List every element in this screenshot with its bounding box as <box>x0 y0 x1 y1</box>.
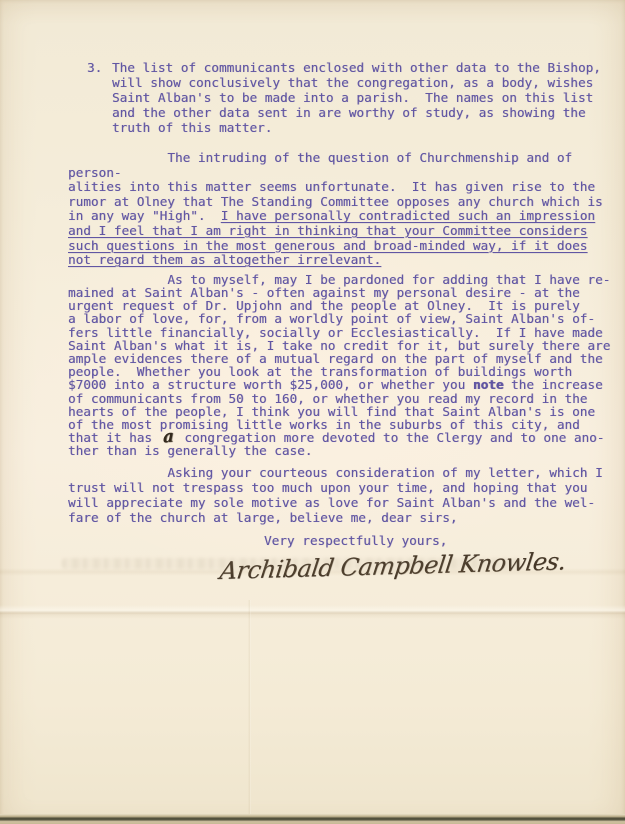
item-number: 3. <box>87 60 112 135</box>
paragraph-as-to-myself: As to myself, may I be pardoned for addi… <box>68 273 613 458</box>
paragraph-closing-request: Asking your courteous consideration of m… <box>68 465 613 525</box>
numbered-item-3: 3. The list of communicants enclosed wit… <box>87 60 613 135</box>
handwritten-signature: Archibald Campbell Knowles. <box>218 546 614 585</box>
paragraph-churchmanship: The intruding of the question of Churchm… <box>68 151 613 268</box>
scan-bottom-edge <box>0 814 625 824</box>
fold-crease <box>0 605 625 619</box>
paragraph-as-to-myself-text-1: As to myself, may I be pardoned for addi… <box>68 272 610 393</box>
valediction: Very respectfully yours, <box>264 533 613 548</box>
item-text: The list of communicants enclosed with o… <box>112 60 613 135</box>
vertical-crease <box>248 600 251 824</box>
scanned-letter-page: 3. The list of communicants enclosed wit… <box>0 0 625 824</box>
handwritten-insertion: a <box>163 432 174 443</box>
letter-body: 3. The list of communicants enclosed wit… <box>68 60 613 585</box>
